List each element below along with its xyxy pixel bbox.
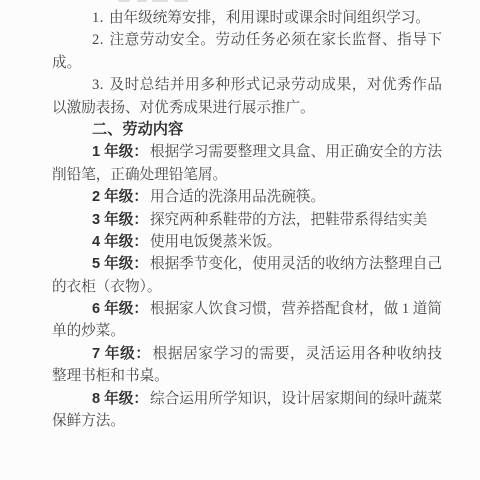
grade-item-6-line2: 单的炒菜。 bbox=[52, 320, 442, 342]
grade-text: 用合适的洗涤用品洗碗筷。 bbox=[150, 189, 325, 205]
grade-label: 4 年级： bbox=[92, 234, 148, 250]
remnant-mark bbox=[152, 0, 168, 2]
grade-item-8-line2: 保鲜方法。 bbox=[52, 410, 442, 432]
grade-item-1-line2: 削铅笔，正确处理铅笔屑。 bbox=[52, 164, 442, 186]
item-number: 3. bbox=[92, 77, 104, 93]
grade-label: 8 年级： bbox=[92, 391, 148, 407]
requirement-item-2-line1: 2.注意劳动安全。劳动任务必须在家长监督、指导下完 bbox=[52, 29, 442, 51]
grade-text: 根据家人饮食习惯，营养搭配食材，做 1 道简 bbox=[150, 301, 442, 317]
grade-text: 根据季节变化，使用灵活的收纳方法整理自己 bbox=[150, 256, 442, 272]
requirement-item-2-line2: 成。 bbox=[52, 52, 442, 74]
grade-label: 5 年级： bbox=[92, 256, 148, 272]
grade-item-8-line1: 8 年级：综合运用所学知识，设计居家期间的绿叶蔬菜 bbox=[52, 388, 442, 410]
grade-text: 使用电饭煲蒸米饭。 bbox=[150, 234, 281, 250]
grade-label: 3 年级： bbox=[92, 212, 148, 228]
grade-label: 7 年级： bbox=[92, 346, 151, 362]
grade-item-7-line1: 7 年级：根据居家学习的需要，灵活运用各种收纳技巧， bbox=[52, 343, 442, 365]
grade-label: 2 年级： bbox=[92, 189, 148, 205]
grade-item-2: 2 年级：用合适的洗涤用品洗碗筷。 bbox=[52, 186, 442, 208]
grade-item-5-line1: 5 年级：根据季节变化，使用灵活的收纳方法整理自己 bbox=[52, 253, 442, 275]
grade-item-3: 3 年级：探究两种系鞋带的方法，把鞋带系得结实美观。 bbox=[52, 209, 442, 231]
grade-item-5-line2: 的衣柜（衣物）。 bbox=[52, 276, 442, 298]
document-page: 1.由年级统筹安排，利用课时或课余时间组织学习。 2.注意劳动安全。劳动任务必须… bbox=[0, 0, 480, 480]
grade-item-7-line2: 整理书柜和书桌。 bbox=[52, 365, 442, 387]
clipped-text-remnant bbox=[0, 0, 480, 4]
item-text: 及时总结并用多种形式记录劳动成果，对优秀作品予 bbox=[52, 77, 442, 96]
grade-item-6-line1: 6 年级：根据家人饮食习惯，营养搭配食材，做 1 道简 bbox=[52, 298, 442, 320]
requirement-item-3-line2: 以激励表扬、对优秀成果进行展示推广。 bbox=[52, 97, 442, 119]
item-text: 由年级统筹安排，利用课时或课余时间组织学习。 bbox=[109, 10, 430, 26]
section-heading: 二、劳动内容 bbox=[52, 119, 442, 141]
item-number: 1. bbox=[92, 10, 104, 26]
requirement-item-3-line1: 3.及时总结并用多种形式记录劳动成果，对优秀作品予 bbox=[52, 74, 442, 96]
grade-label: 1 年级： bbox=[92, 144, 148, 160]
grade-label: 6 年级： bbox=[92, 301, 148, 317]
grade-text: 综合运用所学知识，设计居家期间的绿叶蔬菜 bbox=[150, 391, 442, 407]
grade-item-4: 4 年级：使用电饭煲蒸米饭。 bbox=[52, 231, 442, 253]
grade-item-1-line1: 1 年级：根据学习需要整理文具盒、用正确安全的方法 bbox=[52, 141, 442, 163]
grade-text: 根据学习需要整理文具盒、用正确安全的方法 bbox=[150, 144, 442, 160]
item-text: 注意劳动安全。劳动任务必须在家长监督、指导下完 bbox=[52, 32, 442, 51]
item-number: 2. bbox=[92, 32, 104, 48]
remnant-mark bbox=[118, 0, 130, 2]
remnant-mark bbox=[137, 0, 147, 2]
document-content: 1.由年级统筹安排，利用课时或课余时间组织学习。 2.注意劳动安全。劳动任务必须… bbox=[52, 7, 442, 432]
requirement-item-1: 1.由年级统筹安排，利用课时或课余时间组织学习。 bbox=[52, 7, 442, 29]
remnant-mark bbox=[174, 0, 188, 2]
